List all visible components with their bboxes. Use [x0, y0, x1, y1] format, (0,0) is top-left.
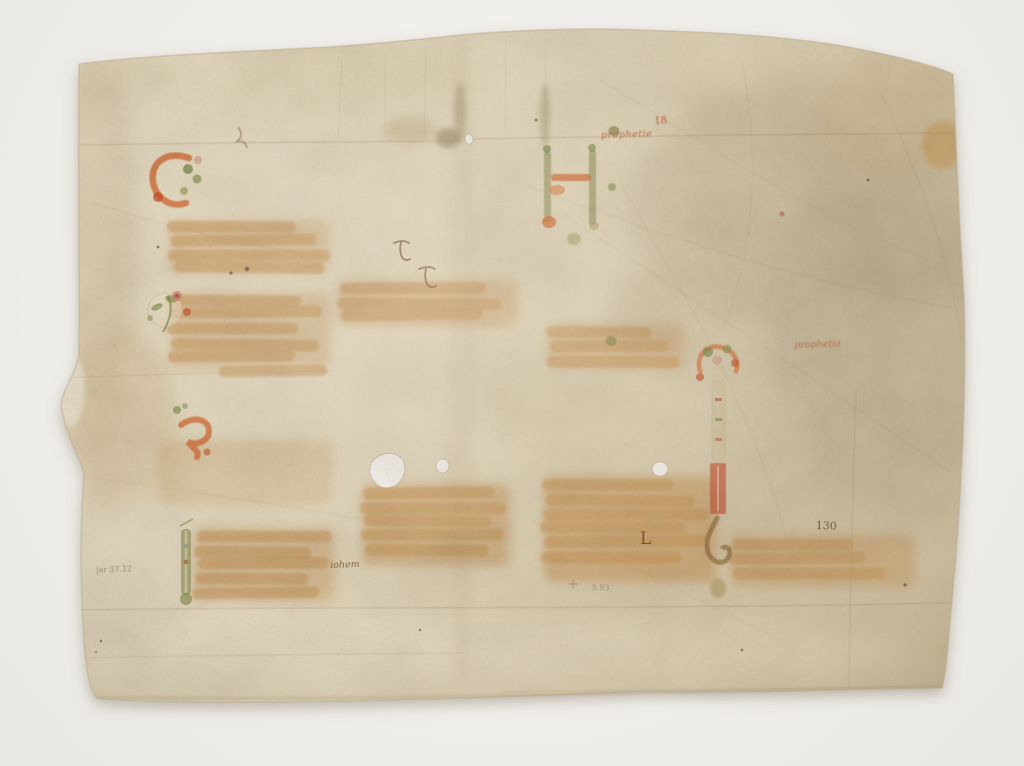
parchment-vignette	[40, 10, 985, 720]
manuscript-photo	[0, 0, 1024, 766]
photo-stage: 18 prophetie prophetia iohem L 130 Jer 3…	[0, 0, 1024, 766]
